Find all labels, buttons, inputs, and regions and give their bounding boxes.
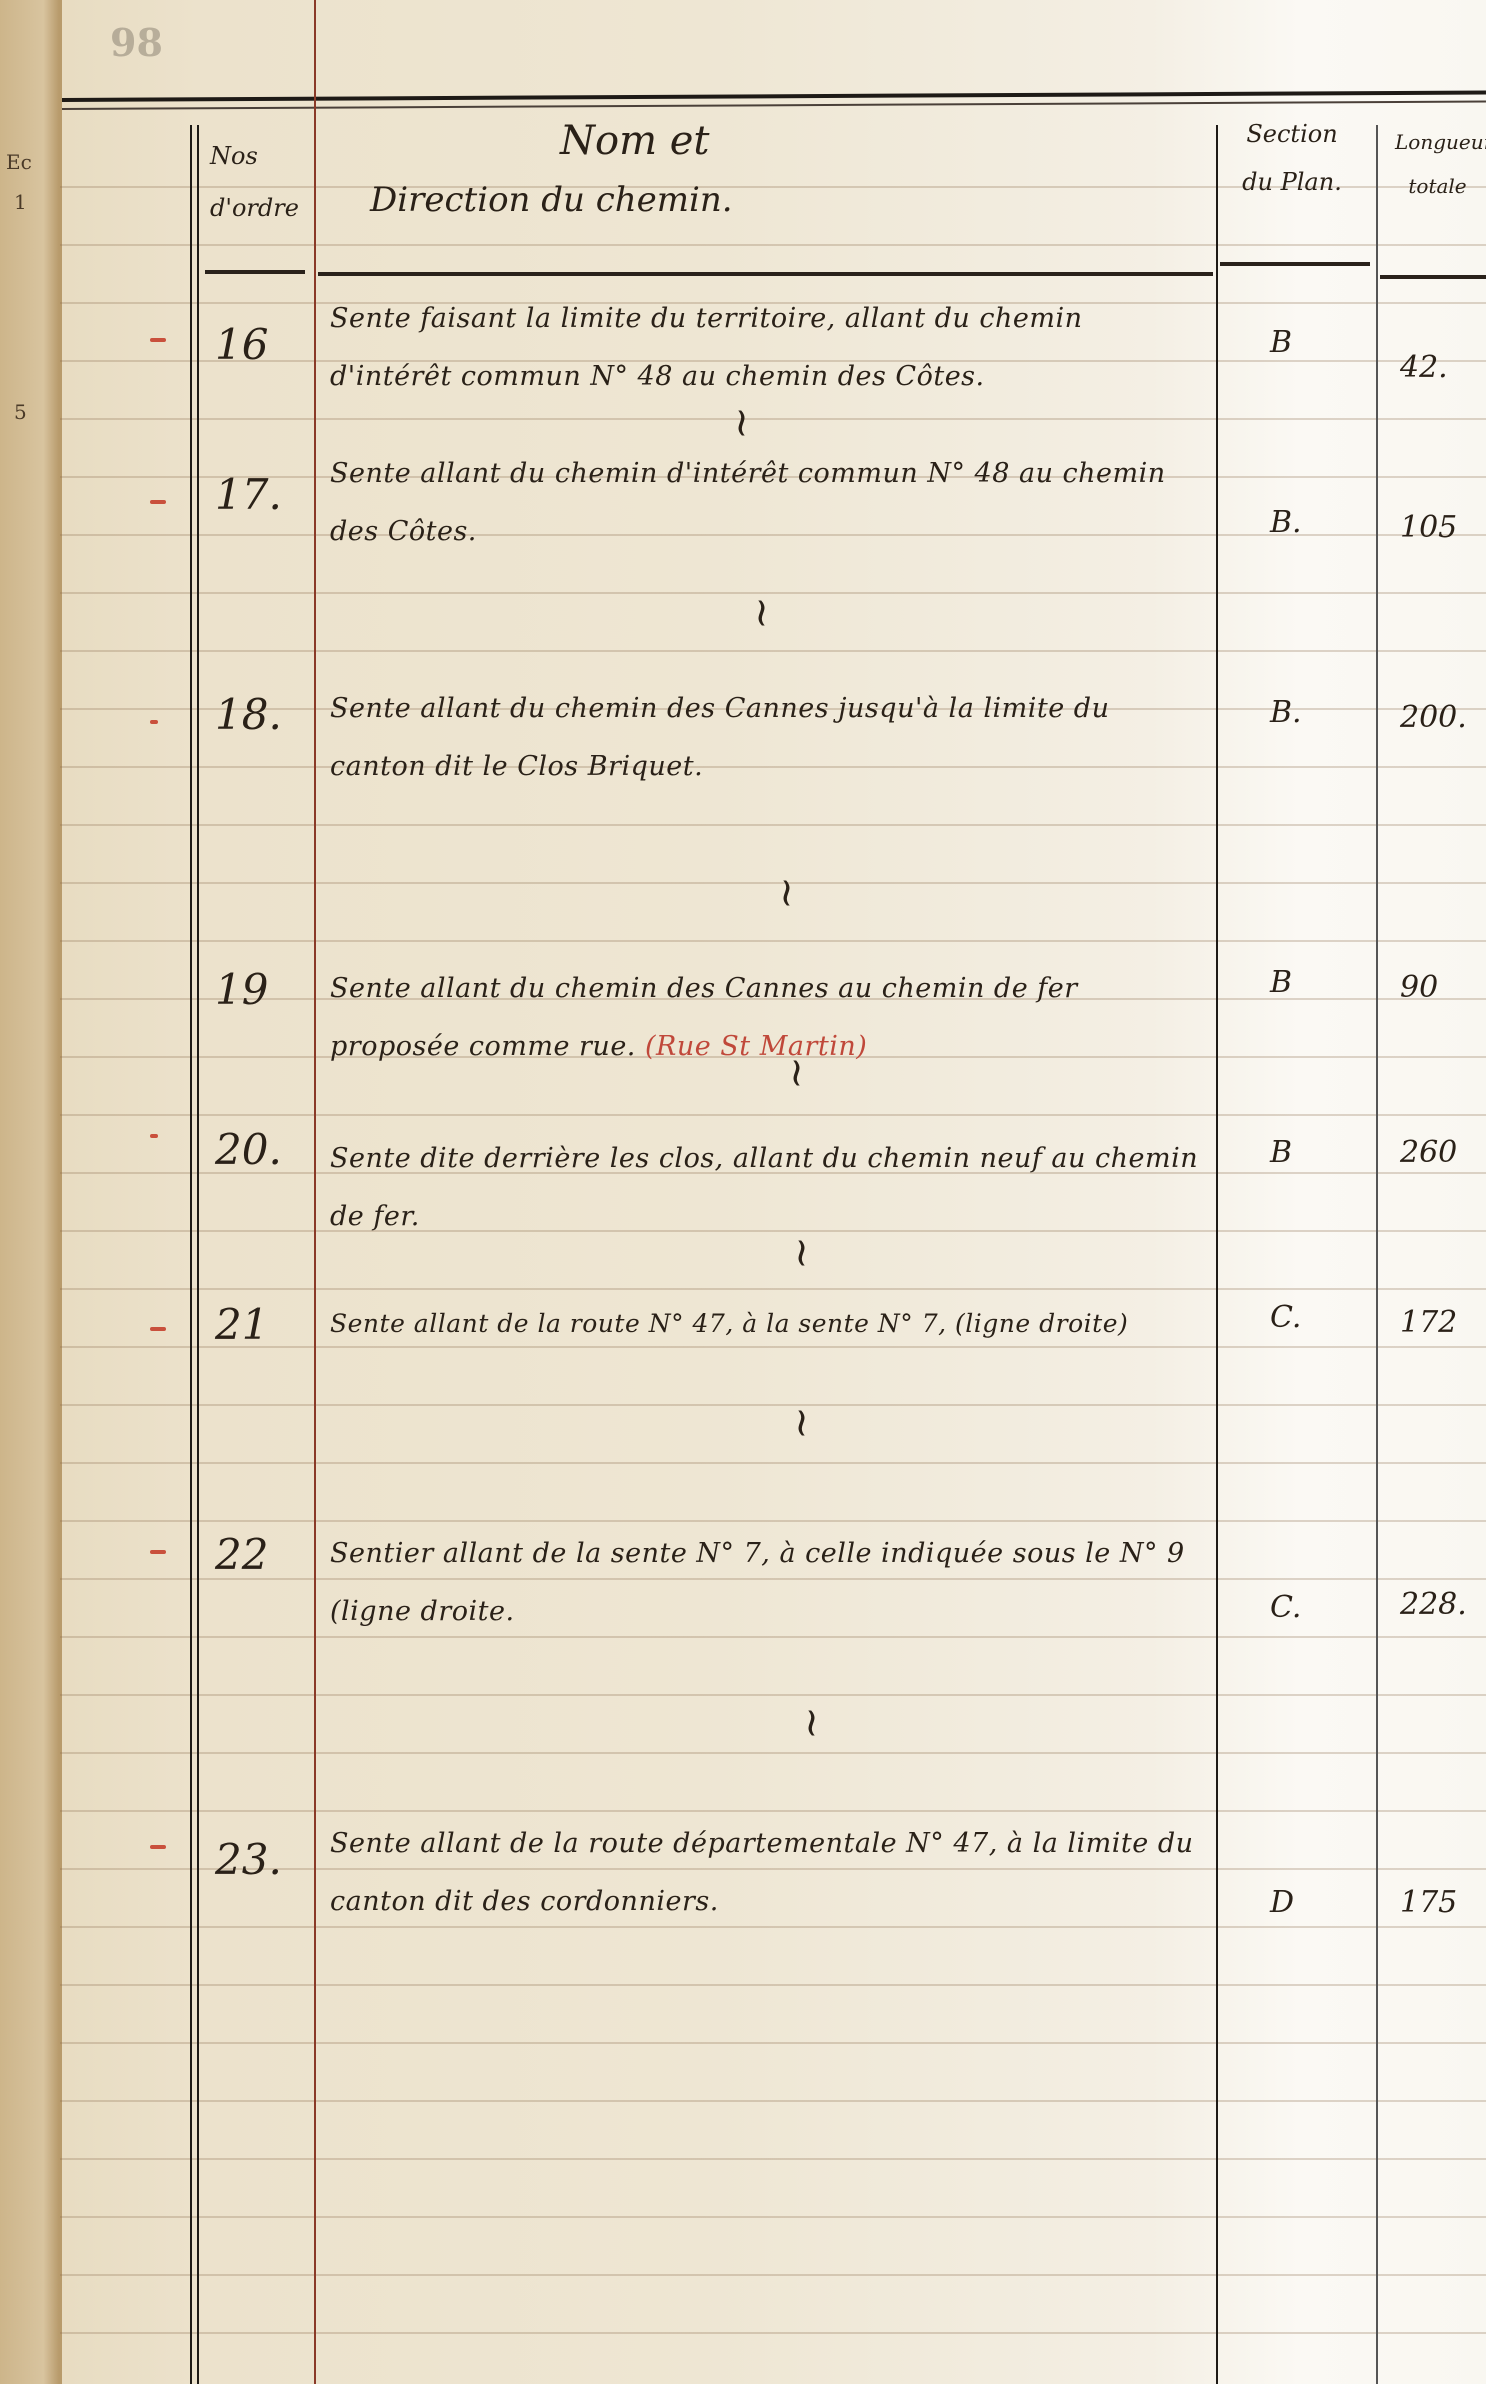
entry-length: 260 <box>1400 1135 1457 1170</box>
entry-description: Sente allant de la route départementale … <box>330 1815 1200 1931</box>
entry-number: 20. <box>215 1125 282 1174</box>
red-tick-mark <box>150 338 166 342</box>
red-annotation: (Rue St Martin) <box>645 1031 867 1062</box>
margin-mark: Ec <box>6 150 32 174</box>
brace-mark: ~ <box>764 876 810 910</box>
column-rule <box>1376 125 1378 2384</box>
entry-length: 105 <box>1400 510 1457 545</box>
entry-length: 172 <box>1400 1305 1457 1340</box>
column-header-length: Longueur totale <box>1395 120 1480 208</box>
brace-mark: ~ <box>779 1406 825 1440</box>
entry-number: 19 <box>215 965 268 1014</box>
red-tick-mark <box>150 500 166 504</box>
brace-mark: ~ <box>719 406 765 440</box>
entry-description: Sente faisant la limite du territoire, a… <box>330 290 1200 406</box>
brace-mark: ~ <box>779 1236 825 1270</box>
brace-mark: ~ <box>739 596 785 630</box>
book-binding-edge <box>0 0 62 2384</box>
entry-description: Sente allant du chemin des Cannes au che… <box>330 960 1200 1076</box>
brace-mark: ~ <box>774 1056 820 1090</box>
entry-number: 16 <box>215 320 268 369</box>
header-top-rule <box>62 91 1486 102</box>
entry-section: B <box>1270 325 1292 360</box>
column-header-number: Nos d'ordre <box>210 130 305 234</box>
red-tick-mark <box>150 1845 166 1849</box>
entry-length: 42. <box>1400 350 1448 385</box>
entry-length: 200. <box>1400 700 1467 735</box>
page-number: 98 <box>110 20 163 65</box>
header-bottom-rule <box>1220 262 1370 266</box>
header-bottom-rule <box>1380 275 1486 279</box>
entry-length: 228. <box>1400 1587 1467 1622</box>
red-tick-mark <box>150 1327 166 1331</box>
column-rule <box>190 125 192 2384</box>
column-header-name: Nom et <box>560 118 709 164</box>
entry-number: 17. <box>215 470 282 519</box>
entry-description: Sente dite derrière les clos, allant du … <box>330 1130 1200 1246</box>
entry-section: B. <box>1270 695 1302 730</box>
entry-description: Sente allant du chemin des Cannes jusqu'… <box>330 680 1200 796</box>
entry-section: D <box>1270 1885 1294 1920</box>
red-tick-mark <box>150 1134 158 1138</box>
entry-description: Sente allant du chemin d'intérêt commun … <box>330 445 1200 561</box>
entry-length: 175 <box>1400 1885 1457 1920</box>
red-tick-mark <box>150 720 158 724</box>
entry-section: B <box>1270 965 1292 1000</box>
brace-mark: ~ <box>789 1706 835 1740</box>
column-rule <box>1216 125 1218 2384</box>
margin-mark: 1 <box>14 190 27 214</box>
entry-number: 18. <box>215 690 282 739</box>
entry-length: 90 <box>1400 970 1438 1005</box>
entry-description: Sente allant de la route N° 47, à la sen… <box>330 1295 1220 1353</box>
column-header-direction: Direction du chemin. <box>370 180 733 220</box>
header-top-rule-thin <box>62 101 1486 110</box>
entry-number: 22 <box>215 1530 268 1579</box>
red-tick-mark <box>150 1550 166 1554</box>
entry-number: 21 <box>215 1300 268 1349</box>
column-header-section: Section du Plan. <box>1232 110 1352 206</box>
entry-section: C. <box>1270 1590 1301 1625</box>
entry-section: B <box>1270 1135 1292 1170</box>
column-rule <box>197 125 199 2384</box>
entry-section: B. <box>1270 505 1302 540</box>
header-bottom-rule <box>205 270 305 274</box>
entry-description: Sentier allant de la sente N° 7, à celle… <box>330 1525 1200 1641</box>
entry-number: 23. <box>215 1835 282 1884</box>
entry-section: C. <box>1270 1300 1301 1335</box>
margin-red-rule <box>314 0 316 2384</box>
header-bottom-rule <box>318 272 1213 276</box>
margin-mark: 5 <box>14 400 27 424</box>
